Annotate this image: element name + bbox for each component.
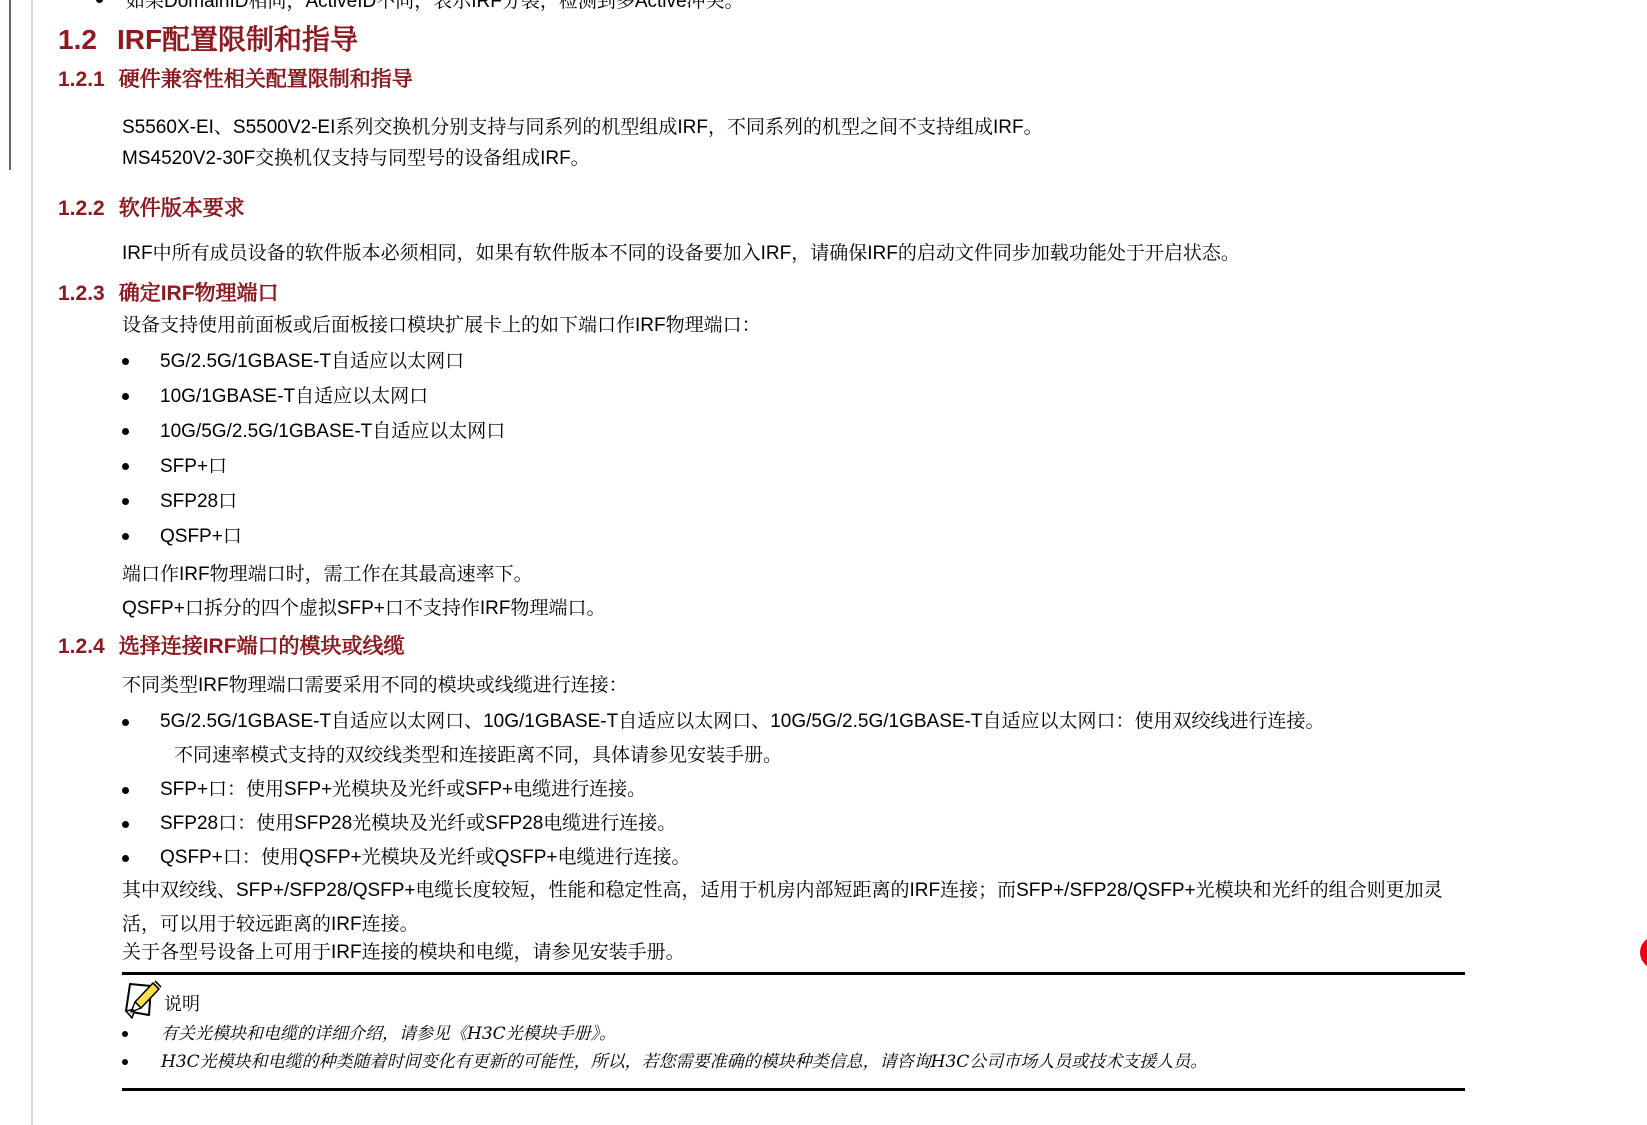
bullet-dot (122, 787, 129, 794)
bullet-dot (122, 533, 129, 540)
paragraph: QSFP+口拆分的四个虚拟SFP+口不支持作IRF物理端口。 (122, 592, 1463, 626)
heading-number: 1.2.1 (58, 68, 105, 91)
note-item-text: 有关光模块和电缆的详细介绍，请参见《H3C光模块手册》。 (161, 1020, 616, 1048)
heading-title: IRF配置限制和指导 (117, 24, 358, 55)
note-pencil-icon (122, 979, 162, 1021)
paragraph: 端口作IRF物理端口时，需工作在其最高速率下。 (122, 558, 1463, 592)
list-item: QSFP+口：使用QSFP+光模块及光纤或QSFP+电缆进行连接。 (122, 841, 1463, 875)
floating-action-button[interactable] (1640, 936, 1647, 969)
section-heading-1-2-2: 1.2.2软件版本要求 (58, 194, 245, 224)
list-item: SFP+口 (122, 449, 1463, 484)
bullet-dot (122, 498, 129, 505)
list-item-text: SFP+口 (160, 449, 227, 484)
list-item: SFP+口：使用SFP+光模块及光纤或SFP+电缆进行连接。 (122, 773, 1463, 807)
bullet-dot (122, 428, 129, 435)
list-item-sub: 不同速率模式支持的双绞线类型和连接距离不同，具体请参见安装手册。 (174, 739, 1440, 773)
section-heading-1-2-4: 1.2.4选择连接IRF端口的模块或线缆 (58, 632, 405, 662)
bullet-dot (122, 1031, 128, 1037)
paragraph: MS4520V2-30F交换机仅支持与同型号的设备组成IRF。 (122, 142, 1463, 176)
bullet-dot (122, 855, 129, 862)
note-item-text: H3C光模块和电缆的种类随着时间变化有更新的可能性，所以，若您需要准确的模块种类… (161, 1048, 1207, 1076)
list-item-main: 5G/2.5G/1GBASE-T自适应以太网口、10G/1GBASE-T自适应以… (160, 711, 1325, 732)
heading-title: 硬件兼容性相关配置限制和指导 (119, 68, 413, 91)
paragraph: 不同类型IRF物理端口需要采用不同的模块或线缆进行连接： (122, 669, 1463, 703)
paragraph: 其中双绞线、SFP+/SFP28/QSFP+电缆长度较短，性能和稳定性高，适用于… (122, 874, 1463, 942)
note-item: H3C光模块和电缆的种类随着时间变化有更新的可能性，所以，若您需要准确的模块种类… (122, 1048, 1465, 1076)
list-item-text: QSFP+口 (160, 519, 242, 554)
heading-number: 1.2.4 (58, 635, 105, 658)
content-left-border (31, 0, 33, 1125)
port-type-list: 5G/2.5G/1GBASE-T自适应以太网口 10G/1GBASE-T自适应以… (122, 344, 1463, 554)
list-item-text: SFP28口：使用SFP28光模块及光纤或SFP28电缆进行连接。 (160, 807, 676, 841)
section-heading-1-2: 1.2IRF配置限制和指导 (58, 21, 358, 59)
paragraph: S5560X-EI、S5500V2-EI系列交换机分别支持与同系列的机型组成IR… (122, 111, 1463, 145)
list-item: 5G/2.5G/1GBASE-T自适应以太网口 (122, 344, 1463, 379)
heading-title: 软件版本要求 (119, 197, 245, 220)
document-page: { "page": { "clipped_top_line": "如果Domai… (0, 0, 1647, 1125)
bullet-dot (122, 1059, 128, 1065)
list-item-text: QSFP+口：使用QSFP+光模块及光纤或QSFP+电缆进行连接。 (160, 841, 690, 875)
clipped-top-line: 如果DomainID相同，ActiveID不同，表示IRF分裂，检测到多Acti… (126, 0, 744, 19)
note-top-rule (122, 972, 1465, 975)
list-item-text: 5G/2.5G/1GBASE-T自适应以太网口、10G/1GBASE-T自适应以… (160, 705, 1440, 773)
list-item-text: SFP+口：使用SFP+光模块及光纤或SFP+电缆进行连接。 (160, 773, 646, 807)
heading-title: 选择连接IRF端口的模块或线缆 (119, 635, 405, 658)
paragraph: 关于各型号设备上可用于IRF连接的模块和电缆，请参见安装手册。 (122, 936, 1463, 970)
bullet-dot (122, 393, 129, 400)
paragraph: 设备支持使用前面板或后面板接口模块扩展卡上的如下端口作IRF物理端口： (122, 309, 1463, 343)
list-item-text: 10G/5G/2.5G/1GBASE-T自适应以太网口 (160, 414, 505, 449)
heading-number: 1.2 (58, 24, 97, 55)
section-heading-1-2-1: 1.2.1硬件兼容性相关配置限制和指导 (58, 65, 413, 95)
note-list: 有关光模块和电缆的详细介绍，请参见《H3C光模块手册》。 H3C光模块和电缆的种… (122, 1020, 1465, 1076)
list-item-text: 10G/1GBASE-T自适应以太网口 (160, 379, 428, 414)
list-item: QSFP+口 (122, 519, 1463, 554)
cable-module-list: 5G/2.5G/1GBASE-T自适应以太网口、10G/1GBASE-T自适应以… (122, 705, 1463, 875)
list-item-text: SFP28口 (160, 484, 237, 519)
section-heading-1-2-3: 1.2.3确定IRF物理端口 (58, 279, 279, 309)
list-item: 10G/1GBASE-T自适应以太网口 (122, 379, 1463, 414)
heading-number: 1.2.2 (58, 197, 105, 220)
left-panel-edge (9, 0, 11, 170)
note-bottom-rule (122, 1088, 1465, 1091)
heading-number: 1.2.3 (58, 282, 105, 305)
bullet-dot (122, 821, 129, 828)
bullet-dot (96, 0, 103, 3)
bullet-dot (122, 719, 129, 726)
list-item: 10G/5G/2.5G/1GBASE-T自适应以太网口 (122, 414, 1463, 449)
list-item: SFP28口 (122, 484, 1463, 519)
paragraph: IRF中所有成员设备的软件版本必须相同，如果有软件版本不同的设备要加入IRF，请… (122, 237, 1463, 271)
list-item-text: 5G/2.5G/1GBASE-T自适应以太网口 (160, 344, 464, 379)
list-item: 5G/2.5G/1GBASE-T自适应以太网口、10G/1GBASE-T自适应以… (122, 705, 1463, 773)
note-item: 有关光模块和电缆的详细介绍，请参见《H3C光模块手册》。 (122, 1020, 1465, 1048)
bullet-dot (122, 358, 129, 365)
list-item: SFP28口：使用SFP28光模块及光纤或SFP28电缆进行连接。 (122, 807, 1463, 841)
heading-title: 确定IRF物理端口 (119, 282, 279, 305)
note-label: 说明 (164, 992, 200, 1016)
bullet-dot (122, 463, 129, 470)
